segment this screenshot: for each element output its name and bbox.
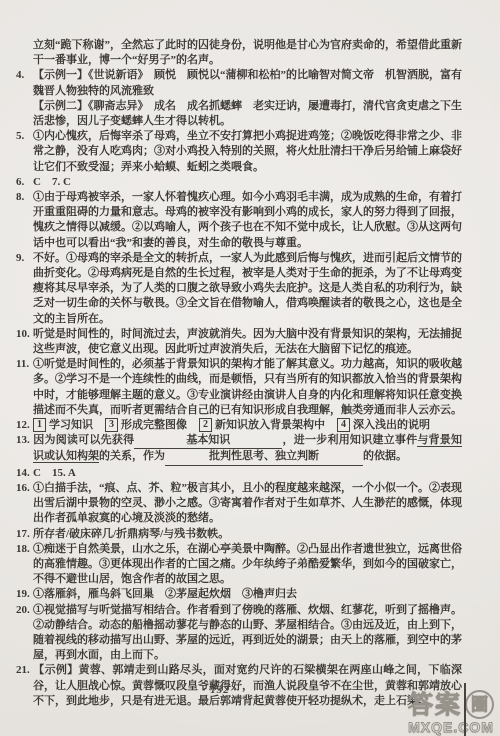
answer-item-14-15: 14.C 15. A [16, 466, 462, 481]
page-number: · 132 · [178, 684, 262, 696]
answer-number: 18. [16, 542, 33, 557]
scanned-answer-page: 立刻“跪下称谢”，全然忘了此时的囚徒身份，说明他是甘心为官府卖命的，希望借此重新… [0, 0, 500, 736]
answer-item-8: 8.①由于母鸡被宰杀，一家人怀着愧疚心理。如今小鸡羽毛丰满，成为成熟的生命，有着… [16, 190, 462, 251]
answer-text: 【示例二】《聊斋志异》 成名 成名抓蟋蟀 老实迂讷，屡遭毒打，清代官贪吏虐之下生… [33, 100, 462, 127]
circle-badge-icon: 圈 [465, 690, 494, 719]
ordered-option: 4深入浅出的说明 [337, 419, 430, 431]
answer-text: ①白描手法，“痕、点、芥、粒”极言其小，且小的程度越来越深，一个小似一个。②表现… [33, 482, 462, 524]
answer-text: 所存者/破床碎几/折鼎病琴/与残书数帙。 [33, 528, 229, 540]
answer-number: 6. [16, 175, 33, 190]
ordered-option: 1学习知识 [33, 419, 93, 431]
order-box: 4 [337, 418, 350, 432]
watermark-site: MXQE.COM [408, 720, 494, 735]
watermark-brand: 答案圈 [408, 690, 494, 719]
watermark-brand-text: 答案 [408, 692, 462, 718]
order-label: 形成完整图像 [121, 419, 187, 431]
ordered-option: 2新知识放入背景架构中 [199, 419, 325, 431]
answer-text: C 7. C [33, 176, 71, 188]
answer-item-10: 10.听觉是时间性的，时间流过去，声波就消失。因为大脑中没有背景知识的架构，无法… [16, 327, 462, 357]
answer-text: 听觉是时间性的，时间流过去，声波就消失。因为大脑中没有背景知识的架构，无法捕捉这… [33, 328, 462, 355]
answer-item-6-7: 6.C 7. C [16, 175, 462, 190]
answer-text: 不好。①母鸡的宰杀是全文的转折点，一家人为此感到后悔与愧疚，进而引起后文情节的曲… [33, 252, 462, 325]
answer-number: 21. [16, 663, 33, 678]
answer-item-13: 13.因为阅读可以先获得基本知识，进一步利用知识建立事件与背景知识或认知构架的关… [16, 433, 462, 465]
answer-text: 的依据。 [363, 450, 407, 462]
watermark: 答案圈 MXQE.COM [408, 690, 494, 735]
order-box: 1 [33, 418, 46, 432]
answer-text: ①痴迷于自然美景，山水之乐，在湖心亭美景中陶醉。②凸显出作者遗世独立，远离世俗的… [33, 543, 462, 585]
answers-list: 立刻“跪下称谢”，全然忘了此时的囚徒身份，说明他是甘心为官府卖命的，希望借此重新… [16, 38, 462, 709]
answer-item-17: 17.所存者/破床碎几/折鼎病琴/与残书数帙。 [16, 527, 462, 542]
answer-text: 【示例一】《世说新语》 顾悦 顾悦以“蒲柳和松柏”的比喻智对简文帝 机智洒脱，富… [33, 69, 462, 96]
answer-continuation: 立刻“跪下称谢”，全然忘了此时的囚徒身份，说明他是甘心为官府卖命的，希望借此重新… [16, 38, 462, 68]
order-box: 2 [199, 418, 212, 432]
answer-item-4-example2: 【示例二】《聊斋志异》 成名 成名抓蟋蟀 老实迂讷，屡遭毒打，清代官贪吏虐之下生… [16, 99, 462, 129]
order-label: 深入浅出的说明 [353, 419, 430, 431]
order-label: 学习知识 [49, 419, 93, 431]
answer-item-16: 16.①白描手法，“痕、点、芥、粒”极言其小，且小的程度越来越深，一个小似一个。… [16, 481, 462, 527]
answer-item-11: 11.①听觉是时间性的，必须基于背景知识的架构才能了解其意义。功力越高，知识的吸… [16, 357, 462, 418]
answer-text: ①听觉是时间性的，必须基于背景知识的架构才能了解其意义。功力越高，知识的吸收越多… [33, 358, 462, 416]
answer-number: 8. [16, 190, 33, 205]
fill-in-blank: 基本知识 [134, 433, 282, 449]
answer-number: 13. [16, 433, 33, 448]
answer-text: ①落雁斜，雁鸟斜飞回巢 ②茅屋起炊烟 ③橹声归去 [33, 588, 297, 600]
answer-number: 11. [16, 357, 33, 372]
answer-number: 17. [16, 527, 33, 542]
answer-number: 14. [16, 466, 33, 481]
answer-text: 因为阅读可以先获得 [33, 434, 134, 446]
answer-item-18: 18.①痴迷于自然美景，山水之乐，在湖心亭美景中陶醉。②凸显出作者遗世独立，远离… [16, 542, 462, 588]
answer-number: 4. [16, 68, 33, 83]
answer-item-9: 9.不好。①母鸡的宰杀是全文的转折点，一家人为此感到后悔与愧疚，进而引起后文情节… [16, 251, 462, 327]
answer-item-12: 12.1学习知识3形成完整图像2新知识放入背景架构中4深入浅出的说明 [16, 418, 462, 433]
answer-text: ，进一步利用知识建立事件 [282, 434, 417, 446]
answer-number: 20. [16, 603, 33, 618]
answer-number: 12. [16, 418, 33, 433]
answer-text: ①内心愧疚，后悔宰杀了母鸡，坐立不安打算把小鸡捉进鸡笼；②晚饭吃得非常之少、非常… [33, 130, 462, 172]
answer-item-4: 4.【示例一】《世说新语》 顾悦 顾悦以“蒲柳和松柏”的比喻智对简文帝 机智洒脱… [16, 68, 462, 98]
answer-item-20: 20.①视觉描写与听觉描写相结合。作者看到了傍晚的落雁、炊烟、红蓼花，听到了摇橹… [16, 603, 462, 664]
answer-number: 10. [16, 327, 33, 342]
answer-item-19: 19.①落雁斜，雁鸟斜飞回巢 ②茅屋起炊烟 ③橹声归去 [16, 587, 462, 602]
order-label: 新知识放入背景架构中 [215, 419, 325, 431]
fill-in-blank: 批判性思考、独立判断 [165, 449, 363, 465]
answer-number: 9. [16, 251, 33, 266]
answer-number: 19. [16, 587, 33, 602]
scan-edge-line [464, 683, 466, 736]
answer-item-5: 5.①内心愧疚，后悔宰杀了母鸡，坐立不安打算把小鸡捉进鸡笼；②晚饭吃得非常之少、… [16, 129, 462, 175]
answer-text: ①由于母鸡被宰杀，一家人怀着愧疚心理。如今小鸡羽毛丰满，成为成熟的生命，有着打开… [33, 191, 462, 249]
answer-number: 16. [16, 481, 33, 496]
order-box: 3 [105, 418, 118, 432]
answer-text: ①视觉描写与听觉描写相结合。作者看到了傍晚的落雁、炊烟、红蓼花，听到了摇橹声。②… [33, 604, 462, 662]
answer-number: 5. [16, 129, 33, 144]
answer-text: C 15. A [33, 467, 76, 479]
answer-text: 的关系，作为 [99, 450, 165, 462]
ordered-option: 3形成完整图像 [105, 419, 187, 431]
